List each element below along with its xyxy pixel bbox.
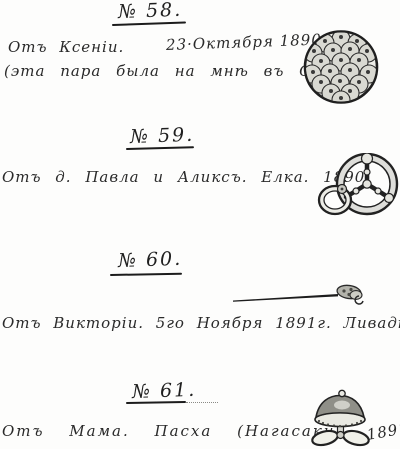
entry-58-number: № 58. (118, 0, 183, 23)
entry-59-number: № 59. (130, 124, 195, 148)
entry-60-underline (110, 273, 182, 276)
wheel-brooch-with-horseshoe-illustration (313, 153, 399, 221)
entry-59-underline (126, 146, 194, 150)
entry-58-note: (эта пара была на мнѣ въ Оцу). (4, 62, 346, 80)
entry-61-underline-tail (186, 402, 218, 403)
round-cluster-brooch-illustration (303, 29, 381, 106)
album-page: № 58. Отъ Ксеніи. 23·Октября 1890г. (эта… (0, 0, 400, 449)
stick-pin-illustration (233, 283, 369, 307)
entry-61-text: Отъ Мама. Пасха (Нагасаки) (2, 422, 343, 440)
entry-60-number: № 60. (118, 248, 183, 272)
entry-58-from: Отъ Ксеніи. (8, 38, 124, 56)
entry-60-text: Отъ Викторіи. 5го Ноября 1891г. Ливадія. (2, 314, 400, 332)
entry-61-number: № 61. (132, 379, 197, 403)
entry-61-underline (126, 401, 186, 404)
dome-charm-with-bow-illustration (308, 388, 372, 448)
